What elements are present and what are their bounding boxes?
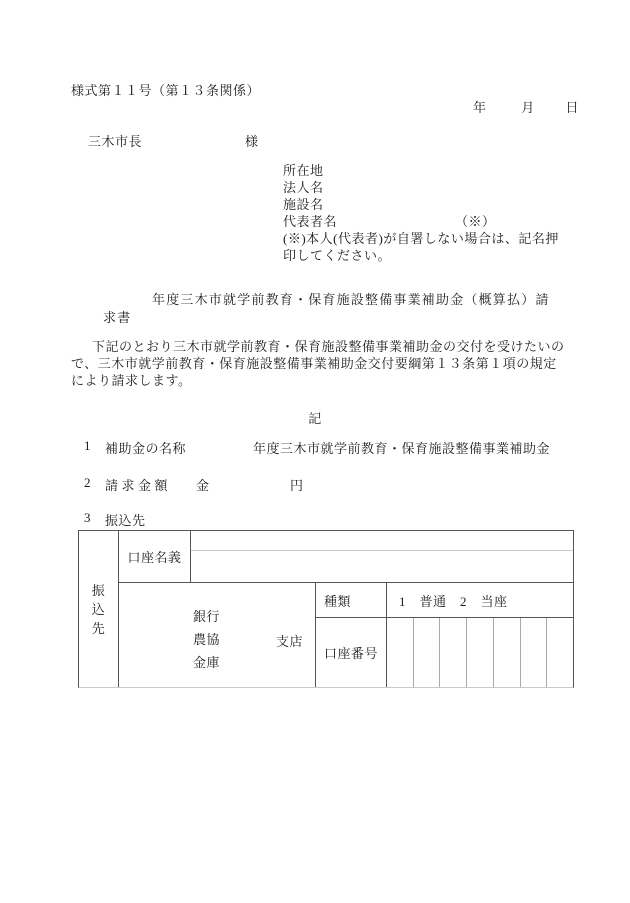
account-number-digit-cell xyxy=(521,618,548,687)
account-number-digit-cell xyxy=(387,618,414,687)
account-type-options-cell: 1 普通 2 当座 xyxy=(387,583,573,618)
body-paragraph: 下記のとおり三木市就学前教育・保育施設整備事業補助金の交付を受けたいの で、三木… xyxy=(71,338,576,390)
account-name-furigana-cell xyxy=(191,531,573,551)
transfer-destination-table: 振込先 口座名義 銀行 農協 金庫 支店 種類 1 普通 2 当座 口座番号 xyxy=(78,530,574,688)
record-marker: 記 xyxy=(0,408,630,427)
account-number-digit-cells xyxy=(387,618,573,687)
account-name-label: 口座名義 xyxy=(127,547,181,566)
body-line-3: により請求します。 xyxy=(71,372,576,389)
body-line-2: で、三木市就学前教育・保育施設整備事業補助金交付要綱第１３条第１項の規定 xyxy=(71,355,576,372)
account-number-digit-cell xyxy=(440,618,467,687)
date-line: 年 月 日 xyxy=(473,97,579,116)
address-label: 所在地 xyxy=(283,162,583,179)
item-row-3: 3 振込先 xyxy=(0,510,630,526)
transfer-destination-label: 振込先 xyxy=(92,581,106,638)
document-page: 様式第１１号（第１３条関係） 年 月 日 三木市長 様 所在地 法人名 施設名 … xyxy=(0,0,630,903)
month-label: 月 xyxy=(521,97,535,116)
bank-cell: 銀行 農協 金庫 支店 xyxy=(119,583,316,687)
document-title-line1: 年度三木市就学前教育・保育施設整備事業補助金（概算払）請 xyxy=(152,289,550,308)
item-3-number: 3 xyxy=(84,510,91,526)
account-number-digit-cell xyxy=(547,618,573,687)
transfer-destination-row-label-cell: 振込先 xyxy=(79,531,119,687)
account-type-options: 1 普通 2 当座 xyxy=(399,591,508,610)
item-2-label: 請求金額 xyxy=(105,475,171,494)
item-row-2: 2 請求金額 金 円 xyxy=(0,475,630,491)
account-name-label-cell: 口座名義 xyxy=(119,531,191,583)
applicant-block: 所在地 法人名 施設名 代表者名 （※） (※)本人(代表者)が自署しない場合は… xyxy=(283,162,583,264)
account-number-digit-cell xyxy=(467,618,494,687)
account-number-digit-cell xyxy=(414,618,441,687)
facility-label: 施設名 xyxy=(283,196,583,213)
corporation-label: 法人名 xyxy=(283,179,583,196)
item-2-number: 2 xyxy=(84,475,91,491)
account-number-label: 口座番号 xyxy=(324,643,378,662)
credit-union-label: 金庫 xyxy=(193,651,220,674)
representative-label: 代表者名 xyxy=(283,214,337,229)
item-1-value: 年度三木市就学前教育・保育施設整備事業補助金 xyxy=(253,438,550,457)
seal-note-line1: (※)本人(代表者)が自署しない場合は、記名押 xyxy=(283,230,583,247)
addressee-honorific: 様 xyxy=(245,131,259,150)
account-type-label: 種類 xyxy=(324,591,351,610)
bank-type-labels: 銀行 農協 金庫 xyxy=(193,605,220,674)
item-2-currency-suffix: 円 xyxy=(290,475,304,494)
addressee-name: 三木市長 xyxy=(88,134,142,149)
seal-note-line2: 印してください。 xyxy=(283,247,583,264)
account-number-digit-cell xyxy=(494,618,521,687)
branch-label: 支店 xyxy=(276,631,303,650)
account-type-label-cell: 種類 xyxy=(316,583,387,618)
addressee-line: 三木市長 様 xyxy=(88,131,388,150)
item-2-currency-prefix: 金 xyxy=(196,475,210,494)
representative-line: 代表者名 （※） xyxy=(283,213,583,230)
day-label: 日 xyxy=(566,97,580,116)
bank-label: 銀行 xyxy=(193,605,220,628)
account-number-label-cell: 口座番号 xyxy=(316,618,387,687)
item-1-label: 補助金の名称 xyxy=(105,438,186,457)
account-name-entry-cell xyxy=(191,551,573,583)
body-line-1: 下記のとおり三木市就学前教育・保育施設整備事業補助金の交付を受けたいの xyxy=(71,338,576,355)
document-title-line2: 求書 xyxy=(103,307,131,326)
seal-mark: （※） xyxy=(455,213,496,230)
item-1-number: 1 xyxy=(84,438,91,454)
year-label: 年 xyxy=(473,97,487,116)
item-3-label: 振込先 xyxy=(105,510,146,529)
item-row-1: 1 補助金の名称 年度三木市就学前教育・保育施設整備事業補助金 xyxy=(0,438,630,454)
agricultural-coop-label: 農協 xyxy=(193,628,220,651)
form-number: 様式第１１号（第１３条関係） xyxy=(71,80,260,99)
